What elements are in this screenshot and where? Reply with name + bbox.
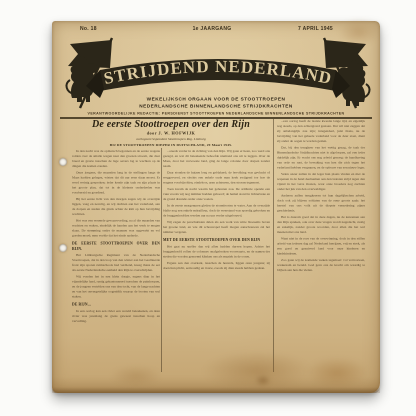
article-headline: De eerste Stoottroepen over den Rijn [70, 119, 272, 130]
column-right-text: ...ren oorlog heeft de laatste kwestie l… [277, 119, 365, 273]
column-rule-right [273, 119, 274, 372]
scanned-page-background: No. 18 1e JAARGANG 7 APRIL 1945 [0, 0, 416, 416]
column-left-text: In den nacht was de opmarsch begonnen en… [72, 149, 160, 324]
column-left: In den nacht was de opmarsch begonnen en… [72, 149, 160, 372]
column-rule-left [161, 148, 162, 372]
punch-hole-top [59, 158, 67, 166]
foxing-stain [338, 18, 380, 46]
punch-hole-bottom [59, 244, 67, 252]
column-middle: ...steeds verder in de richting van den … [163, 149, 270, 372]
column-right: ...ren oorlog heeft de laatste kwestie l… [277, 119, 365, 372]
bottom-edge-shading [52, 377, 380, 393]
newspaper-sheet: No. 18 1e JAARGANG 7 APRIL 1945 [52, 21, 380, 393]
column-middle-text: ...steeds verder in de richting van den … [163, 149, 270, 271]
